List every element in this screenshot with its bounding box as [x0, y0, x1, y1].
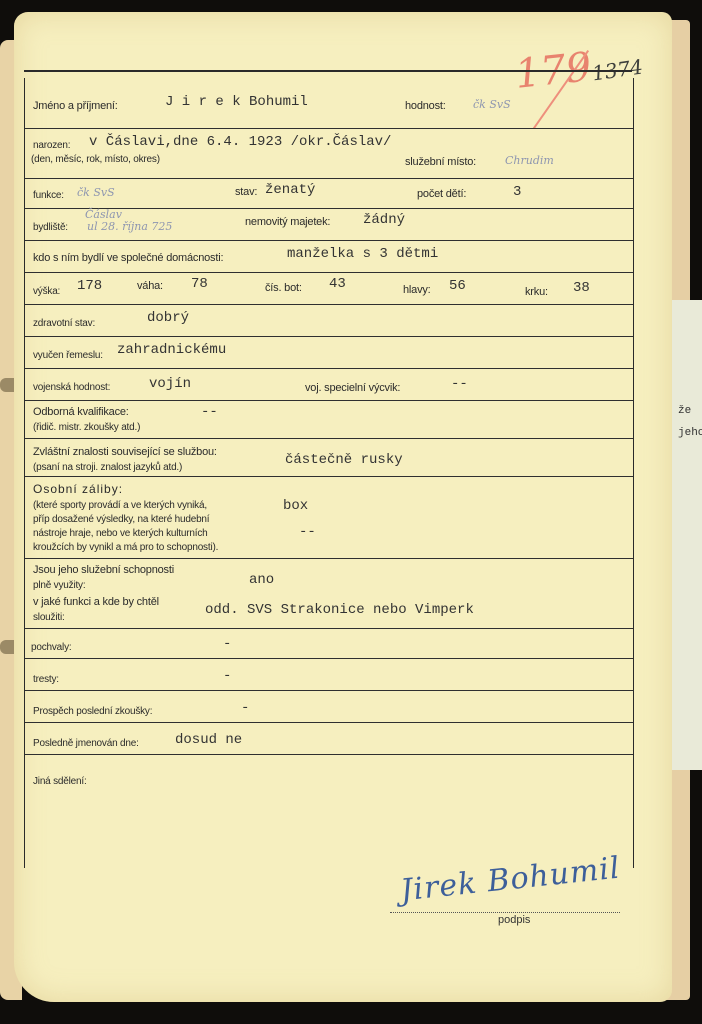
signature-line [390, 912, 620, 913]
row-residence: bydliště: Čáslav ul 28. října 725 nemovi… [25, 208, 633, 241]
row-special-knowledge: Zvláštní znalosti související se službou… [25, 438, 633, 477]
abilities-label-2: plně využity: [33, 580, 85, 592]
household-value: manželka s 3 dětmi [287, 246, 438, 262]
hobbies-label: Osobní záliby: [33, 482, 123, 496]
hobbies-sublabel: příp dosažené výsledky, na které hudební [33, 514, 209, 526]
name-label: Jméno a příjmení: [33, 100, 118, 112]
head-value: 56 [449, 278, 466, 294]
special-knowledge-sublabel: (psaní na stroji. znalost jazyků atd.) [33, 462, 182, 474]
qualification-sublabel: (řidič. mistr. zkoušky atd.) [33, 422, 140, 434]
neck-label: krku: [525, 286, 548, 298]
last-exam-value: - [241, 700, 249, 716]
row-commendations: pochvaly: - [25, 628, 633, 659]
shoe-label: čís. bot: [265, 282, 302, 294]
row-last-appointed: Posledně jmenován dne: dosud ne [25, 722, 633, 755]
qualification-value: -- [201, 404, 218, 420]
row-household: kdo s ním bydlí ve společné domácnosti: … [25, 240, 633, 273]
health-value: dobrý [147, 310, 189, 326]
row-born: narozen: v Čáslavi,dne 6.4. 1923 /okr.Čá… [25, 128, 633, 179]
height-value: 178 [77, 278, 102, 294]
hobbies-value: box [283, 498, 308, 514]
weight-label: váha: [137, 280, 163, 292]
head-label: hlavy: [403, 284, 431, 296]
preferred-function-label-2: sloužiti: [33, 612, 65, 624]
form-top-border [24, 70, 632, 72]
function-label: funkce: [33, 190, 64, 202]
military-rank-label: vojenská hodnost: [33, 382, 110, 394]
special-knowledge-label: Zvláštní znalosti související se službou… [33, 446, 217, 458]
preferred-function-value: odd. SVS Strakonice nebo Vimperk [205, 602, 474, 618]
service-place-label: služební místo: [405, 156, 476, 168]
row-last-exam: Prospěch poslední zkoušky: - [25, 690, 633, 723]
hobbies-sublabel: kroužcích by vynikl a má pro to schopnos… [33, 542, 218, 554]
qualification-label: Odborná kvalifikace: [33, 406, 129, 418]
row-measurements: výška: 178 váha: 78 čís. bot: 43 hlavy: … [25, 272, 633, 305]
neck-value: 38 [573, 280, 590, 296]
last-appointed-label: Posledně jmenován dne: [33, 738, 139, 750]
last-appointed-value: dosud ne [175, 732, 242, 748]
special-knowledge-value: částečně rusky [285, 452, 403, 468]
property-label: nemovitý majetek: [245, 216, 330, 228]
hobbies-sublabel: nástroje hraje, nebo ve kterých kulturní… [33, 528, 207, 540]
special-training-label: voj. specielní výcvik: [305, 382, 400, 394]
residence-label: bydliště: [33, 222, 68, 234]
attached-tab [670, 300, 702, 770]
marital-status-label: stav: [235, 186, 257, 198]
commendations-value: - [223, 636, 231, 652]
height-label: výška: [33, 286, 60, 298]
born-label: narozen: [33, 140, 70, 152]
punishments-value: - [223, 668, 231, 684]
last-exam-label: Prospěch poslední zkoušky: [33, 706, 152, 718]
special-training-value: -- [451, 376, 468, 392]
rank-value: čk SvS [473, 98, 511, 111]
health-label: zdravotní stav: [33, 318, 95, 330]
row-other: Jiná sdělení: [25, 754, 633, 794]
property-value: žádný [363, 212, 405, 228]
household-label: kdo s ním bydlí ve společné domácnosti: [33, 252, 223, 264]
born-sublabel: (den, měsíc, rok, místo, okres) [31, 154, 160, 166]
born-value: v Čáslavi,dne 6.4. 1923 /okr.Čáslav/ [89, 134, 391, 150]
hobbies-sublabel: (které sporty provádí a ve kterých vynik… [33, 500, 207, 512]
function-value: čk SvS [77, 186, 115, 199]
row-hobbies: Osobní záliby: (které sporty provádí a v… [25, 476, 633, 559]
row-punishments: tresty: - [25, 658, 633, 691]
other-label: Jiná sdělení: [33, 776, 87, 788]
row-military-rank: vojenská hodnost: vojín voj. specielní v… [25, 368, 633, 401]
row-trade: vyučen řemeslu: zahradnickému [25, 336, 633, 369]
service-place-value: Chrudim [505, 154, 554, 167]
abilities-label: Jsou jeho služební schopnosti [33, 564, 174, 576]
commendations-label: pochvaly: [31, 642, 71, 654]
marital-status-value: ženatý [265, 182, 315, 198]
rank-label: hodnost: [405, 100, 446, 112]
row-abilities: Jsou jeho služební schopnosti plně využi… [25, 558, 633, 629]
shoe-value: 43 [329, 276, 346, 292]
name-value: J i r e k Bohumil [165, 94, 308, 110]
preferred-function-label: v jaké funkci a kde by chtěl [33, 596, 159, 608]
trade-value: zahradnickému [117, 342, 226, 358]
children-label: počet dětí: [417, 188, 466, 200]
row-qualification: Odborná kvalifikace: (řidič. mistr. zkou… [25, 400, 633, 439]
signature-label: podpis [498, 914, 530, 926]
personnel-form: Jméno a příjmení: J i r e k Bohumil hodn… [24, 78, 634, 798]
attached-tab-text: že jeho [678, 400, 702, 444]
row-name: Jméno a příjmení: J i r e k Bohumil hodn… [25, 78, 633, 129]
children-value: 3 [513, 184, 521, 200]
residence-value-line2: ul 28. října 725 [87, 220, 172, 233]
hobbies-value-2: -- [299, 524, 316, 540]
weight-value: 78 [191, 276, 208, 292]
abilities-value: ano [249, 572, 274, 588]
punishments-label: tresty: [33, 674, 59, 686]
military-rank-value: vojín [149, 376, 191, 392]
trade-label: vyučen řemeslu: [33, 350, 103, 362]
row-health: zdravotní stav: dobrý [25, 304, 633, 337]
row-function: funkce: čk SvS stav: ženatý počet dětí: … [25, 178, 633, 209]
